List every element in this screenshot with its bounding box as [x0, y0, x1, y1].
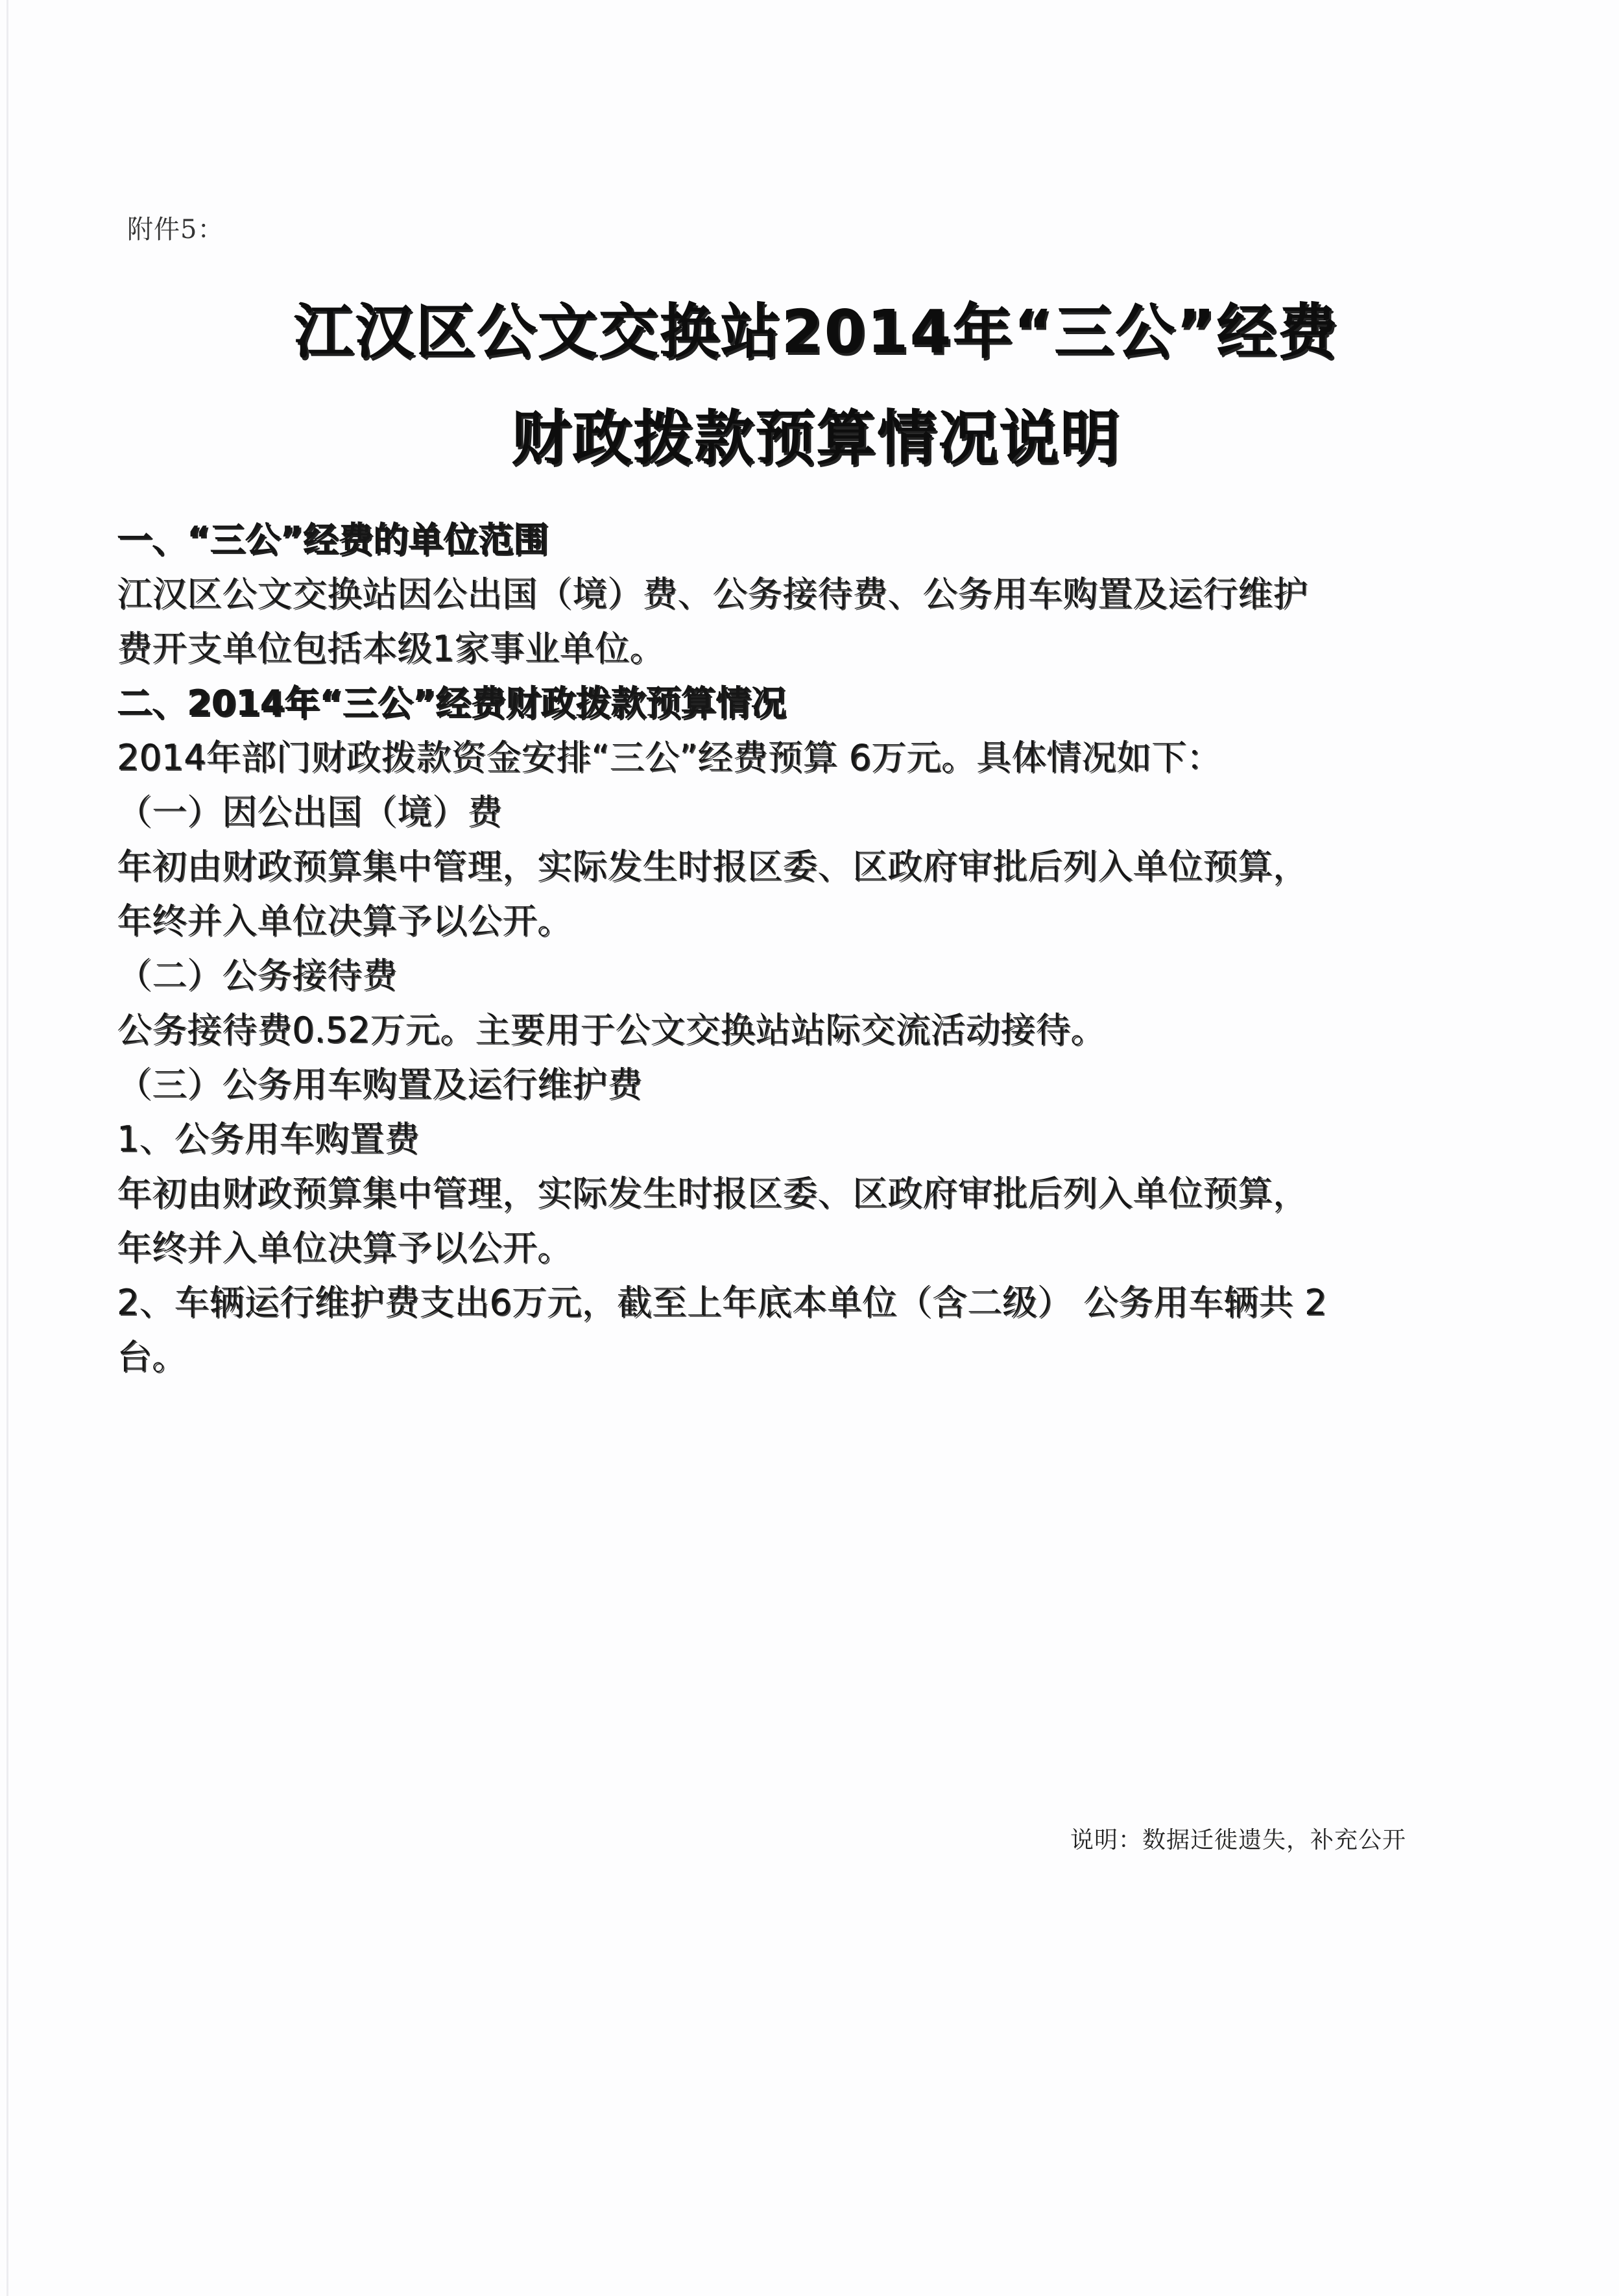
- budget-intro: 2014年部门财政拨款资金安排“三公”经费预算 6万元。具体情况如下：: [117, 731, 1440, 785]
- document-body: 一、“三公”经费的单位范围 江汉区公文交换站因公出国（境）费、公务接待费、公务用…: [117, 513, 1440, 1384]
- item-heading-vehicle-purchase: 1、公务用车购置费: [117, 1112, 1440, 1166]
- paragraph-line: 公务接待费0.52万元。主要用于公文交换站站际交流活动接待。: [117, 1003, 1440, 1057]
- paragraph-line: 年终并入单位决算予以公开。: [117, 1221, 1440, 1275]
- paragraph-line: 2、车辆运行维护费支出6万元，截至上年底本单位（含二级） 公务用车辆共 2: [117, 1275, 1440, 1330]
- footnote: 说明：数据迁徙遗失，补充公开: [1070, 1822, 1406, 1855]
- paragraph-line: 台。: [117, 1330, 1440, 1384]
- document-title-line1: 江汉区公文交换站2014年“三公”经费: [6, 284, 1619, 370]
- attachment-label: 附件5：: [127, 209, 224, 246]
- paragraph-line: 年初由财政预算集中管理，实际发生时报区委、区政府审批后列入单位预算，: [117, 840, 1440, 894]
- subsection-heading-overseas: （一）因公出国（境）费: [117, 785, 1440, 840]
- section-heading-scope: 一、“三公”经费的单位范围: [117, 513, 1440, 567]
- subsection-heading-reception: （二）公务接待费: [117, 949, 1440, 1003]
- subsection-heading-vehicles: （三）公务用车购置及运行维护费: [117, 1057, 1440, 1112]
- paragraph-line: 江汉区公文交换站因公出国（境）费、公务接待费、公务用车购置及运行维护: [117, 567, 1440, 622]
- paragraph-line: 年终并入单位决算予以公开。: [117, 894, 1440, 949]
- paragraph-line: 费开支单位包括本级1家事业单位。: [117, 622, 1440, 676]
- paragraph-line: 年初由财政预算集中管理，实际发生时报区委、区政府审批后列入单位预算，: [117, 1166, 1440, 1221]
- document-page: 附件5： 江汉区公文交换站2014年“三公”经费 财政拨款预算情况说明 一、“三…: [0, 0, 1619, 2296]
- section-heading-budget: 二、2014年“三公”经费财政拨款预算情况: [117, 676, 1440, 731]
- document-title-line2: 财政拨款预算情况说明: [6, 391, 1619, 476]
